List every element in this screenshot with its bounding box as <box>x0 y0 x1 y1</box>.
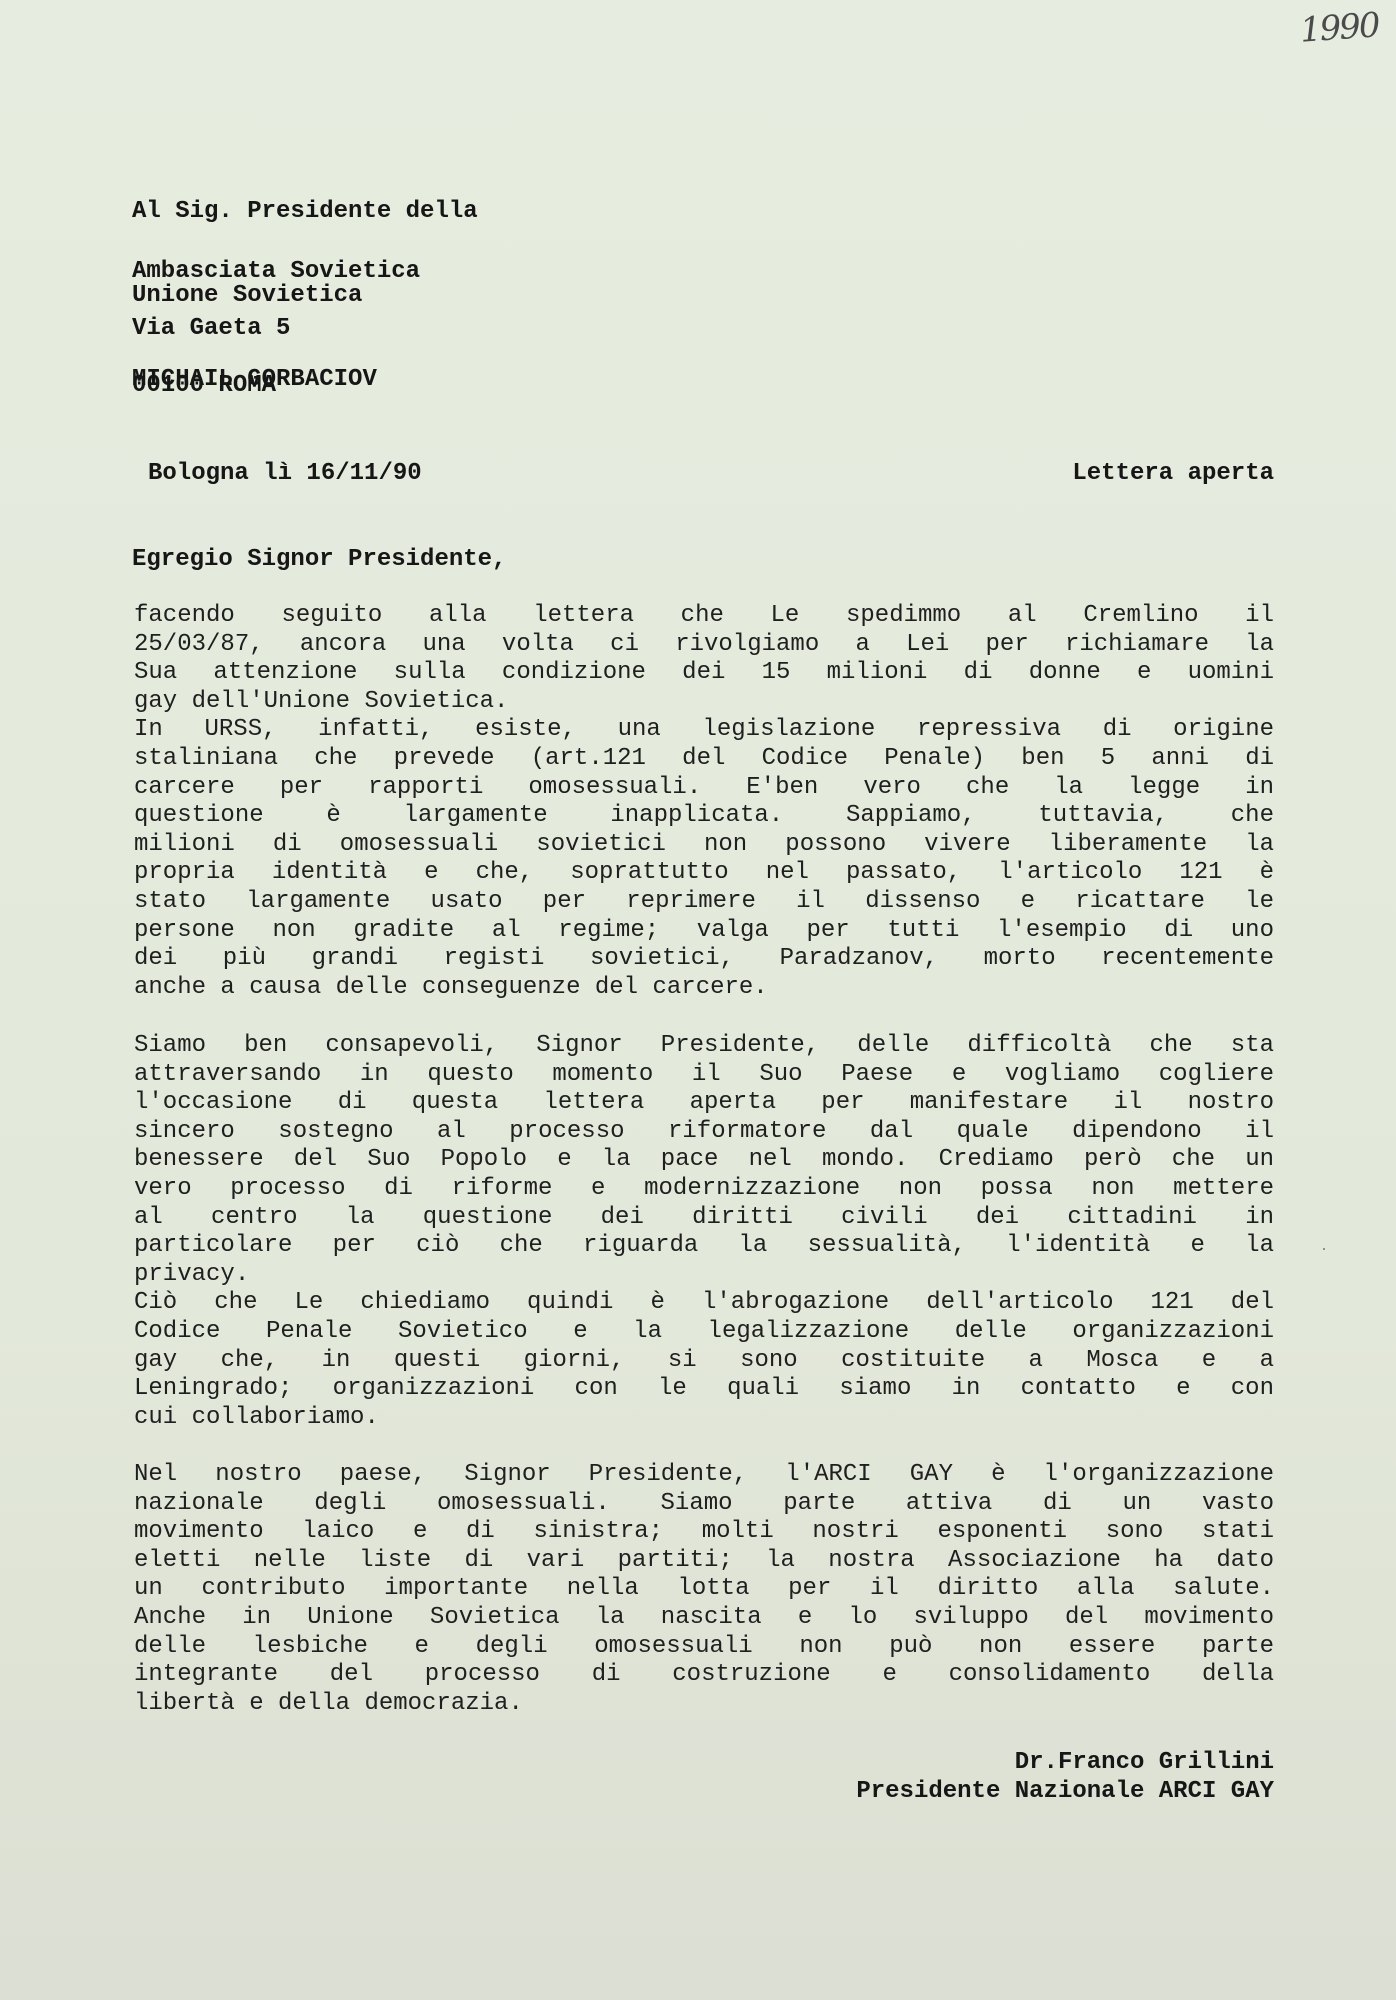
text-line: sincero sostegno al processo riformatore… <box>134 1118 1274 1147</box>
text-line: questione è largamente inapplicata. Sapp… <box>134 802 1274 831</box>
text-line: stato largamente usato per reprimere il … <box>134 888 1274 917</box>
text-line: un contributo importante nella lotta per… <box>134 1575 1274 1604</box>
text-line: persone non gradite al regime; valga per… <box>134 917 1274 946</box>
signatory-name: Dr.Franco Grillini <box>856 1748 1274 1777</box>
letter-type-label: Lettera aperta <box>1072 460 1274 487</box>
text-line: privacy. <box>134 1261 1274 1290</box>
text-line: al centro la questione dei diritti civil… <box>134 1204 1274 1233</box>
text-line: carcere per rapporti omosessuali. E'ben … <box>134 774 1274 803</box>
text-line: vero processo di riforme e modernizzazio… <box>134 1175 1274 1204</box>
recipient-line: Unione Sovietica <box>132 282 478 310</box>
text-line: l'occasione di questa lettera aperta per… <box>134 1089 1274 1118</box>
recipient-line: Al Sig. Presidente della <box>132 198 478 226</box>
body-paragraph-2: Siamo ben consapevoli, Signor Presidente… <box>134 1032 1274 1432</box>
text-line: integrante del processo di costruzione e… <box>134 1661 1274 1690</box>
letter-page: 1990 Al Sig. Presidente della Unione Sov… <box>0 0 1396 2000</box>
body-paragraph-3: Nel nostro paese, Signor Presidente, l'A… <box>134 1461 1274 1718</box>
text-line: Nel nostro paese, Signor Presidente, l'A… <box>134 1461 1274 1490</box>
text-line: gay che, in questi giorni, si sono costi… <box>134 1347 1274 1376</box>
recipient-address: Al Sig. Presidente della Unione Sovietic… <box>132 142 478 450</box>
text-line: benessere del Suo Popolo e la pace nel m… <box>134 1146 1274 1175</box>
text-line: dei più grandi registi sovietici, Paradz… <box>134 945 1274 974</box>
text-line: cui collaboriamo. <box>134 1404 1274 1433</box>
text-line: propria identità e che, soprattutto nel … <box>134 859 1274 888</box>
recipient-embassy: Ambasciata Sovietica <box>132 258 420 286</box>
text-line: attraversando in questo momento il Suo P… <box>134 1061 1274 1090</box>
text-line: Ciò che Le chiediamo quindi è l'abrogazi… <box>134 1289 1274 1318</box>
recipient-street: Via Gaeta 5 <box>132 315 290 343</box>
text-line: gay dell'Unione Sovietica. <box>134 688 1274 717</box>
text-line: anche a causa delle conseguenze del carc… <box>134 974 1274 1003</box>
handwritten-archive-number: 1990 <box>1299 5 1380 50</box>
text-line: facendo seguito alla lettera che Le sped… <box>134 602 1274 631</box>
text-line: 25/03/87, ancora una volta ci rivolgiamo… <box>134 631 1274 660</box>
recipient-city: 00100 ROMA <box>132 372 276 400</box>
text-line: In URSS, infatti, esiste, una legislazio… <box>134 716 1274 745</box>
paper-speck <box>1323 1248 1325 1250</box>
place-and-date: Bologna lì 16/11/90 <box>148 460 422 487</box>
text-line: staliniana che prevede (art.121 del Codi… <box>134 745 1274 774</box>
text-line: Siamo ben consapevoli, Signor Presidente… <box>134 1032 1274 1061</box>
signatory-title: Presidente Nazionale ARCI GAY <box>856 1777 1274 1806</box>
text-line: eletti nelle liste di vari partiti; la n… <box>134 1547 1274 1576</box>
text-line: Leningrado; organizzazioni con le quali … <box>134 1375 1274 1404</box>
text-line: Codice Penale Sovietico e la legalizzazi… <box>134 1318 1274 1347</box>
text-line: movimento laico e di sinistra; molti nos… <box>134 1518 1274 1547</box>
text-line: milioni di omosessuali sovietici non pos… <box>134 831 1274 860</box>
body-paragraph-1: facendo seguito alla lettera che Le sped… <box>134 602 1274 1002</box>
signature-block: Dr.Franco Grillini Presidente Nazionale … <box>856 1748 1274 1806</box>
salutation: Egregio Signor Presidente, <box>132 546 506 573</box>
text-line: nazionale degli omosessuali. Siamo parte… <box>134 1490 1274 1519</box>
text-line: Anche in Unione Sovietica la nascita e l… <box>134 1604 1274 1633</box>
text-line: libertà e della democrazia. <box>134 1690 1274 1719</box>
text-line: particolare per ciò che riguarda la sess… <box>134 1232 1274 1261</box>
text-line: delle lesbiche e degli omosessuali non p… <box>134 1633 1274 1662</box>
text-line: Sua attenzione sulla condizione dei 15 m… <box>134 659 1274 688</box>
